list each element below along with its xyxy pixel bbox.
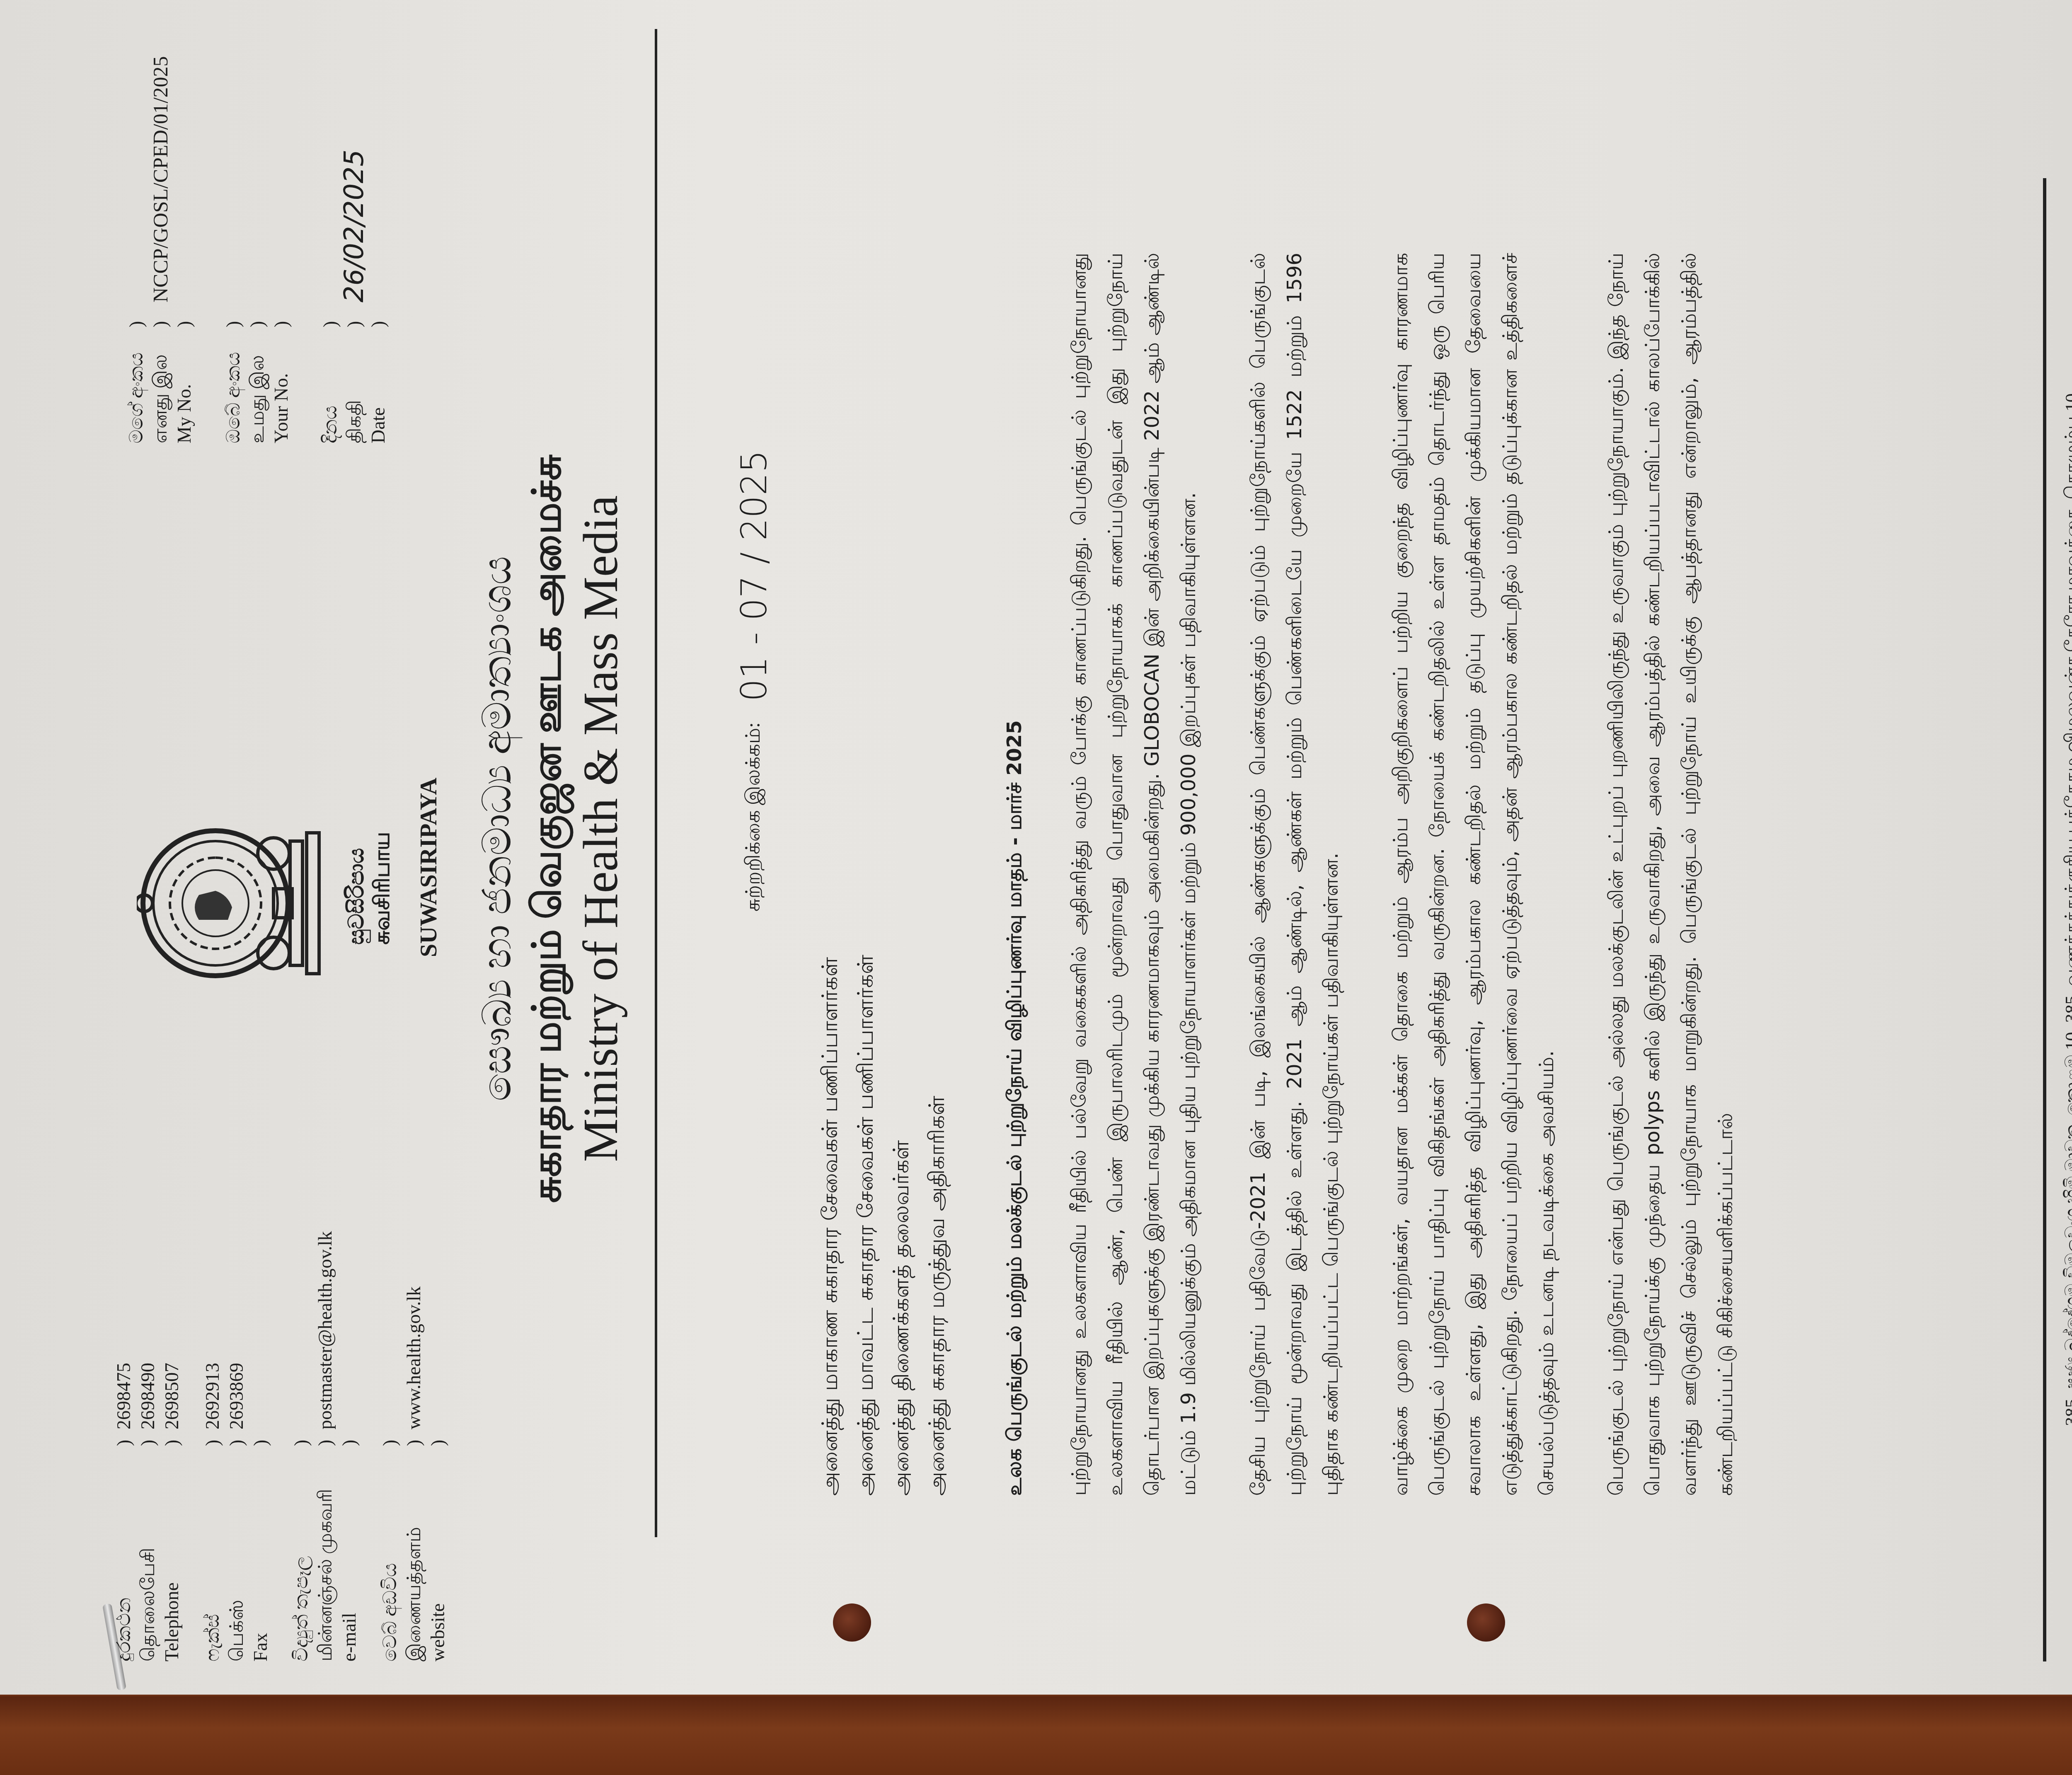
ministry-name-english: Ministry of Health & Mass Media [572,435,630,1222]
body-paragraph: வாழ்க்கை முறை மாற்றங்கள், வயதான மக்கள் த… [1382,253,1565,1496]
official-letter: දුරකථන)2698475தொலைபேசி)2698490Telephone)… [0,21,2072,1678]
reference-label: ඔබේ අංකය [221,327,245,443]
contact-label: பெக்ஸ் [225,1446,249,1661]
reference-label: මගේ අංකය [124,327,148,443]
contact-label: දුරකථන [112,1446,136,1661]
reference-value: NCCP/GOSL/CPED/01/2025 [148,56,172,302]
contact-row: Fax) [249,1231,273,1661]
contact-label: Fax [249,1446,273,1661]
bracket-separator: ) [160,1429,184,1446]
contact-value[interactable]: www.health.gov.lk [402,1287,426,1429]
bracket-separator: ) [201,1429,225,1446]
bracket-separator: ) [225,1429,249,1446]
emblem-caption: සුවසිරිපාය சுவசிரிபாய [344,832,395,945]
contact-value: 2698490 [136,1363,160,1429]
address-footer: 385, පූජ්‍ය බද්දේගම විමලවංශ හිමි මාවත, ක… [2060,162,2072,1653]
letter-subject: உலக பெருங்குடல் மற்றும் மலக்குடல் புற்று… [1003,720,1029,1496]
contact-row: විද්‍යුත් තැපෑල) [289,1231,313,1661]
contact-value: 2698475 [112,1363,136,1429]
bracket-separator: ) [378,1429,402,1446]
ministry-name: සෞඛ්‍ය හා ජනමාධ්‍ය අමාත්‍යාංශය சுகாதார ம… [472,435,630,1222]
reference-row: මගේ අංකය) [124,56,148,443]
bracket-separator: ) [337,1429,361,1446]
contact-group: විද්‍යුත් තැපෑල)மின்னஞ்சல் முகவரி)postma… [289,1231,361,1661]
reference-label: දිනය [318,327,342,443]
addressee: அனைத்து மாகாண சுகாதார சேவைகள் பணிப்பாளர்… [812,955,848,1496]
body-paragraph: புற்றுநோயானது உலகளாவிய ரீதியில் பல்வேறு … [1061,253,1207,1496]
contact-row: website) [426,1231,450,1661]
reference-row: உமது இல) [245,56,269,443]
reference-group: ඔබේ අංකය)உமது இல)Your No.) [221,56,293,443]
bracket-separator: ) [426,1429,450,1446]
bracket-separator: ) [366,302,390,327]
bracket-separator: ) [342,302,366,327]
contact-details: දුරකථන)2698475தொலைபேசி)2698490Telephone)… [112,1231,467,1661]
contact-label: மின்னஞ்சல் முகவரி [313,1446,337,1661]
circular-number-label: சுற்றறிக்கை இலக்கம்: [742,722,767,912]
bracket-separator: ) [221,302,245,327]
bracket-separator: ) [289,1429,313,1446]
body-paragraph: பெருங்குடல் புற்றுநோய் என்பது பெருங்குடல… [1598,253,1744,1496]
reference-label: Your No. [269,327,293,443]
reference-label: திகதி [342,327,366,443]
reference-row: எனது இல)NCCP/GOSL/CPED/01/2025 [148,56,172,443]
addressee: அனைத்து திணைக்களத் தலைவர்கள் [884,955,919,1496]
contact-label: இணையத்தளம் [402,1446,426,1661]
bracket-separator: ) [402,1429,426,1446]
contact-group: වෙබ් අඩවිය)இணையத்தளம்)www.health.gov.lkw… [378,1231,450,1661]
contact-label: ෆැක්ස් [201,1446,225,1661]
bracket-separator: ) [269,302,293,327]
emblem-caption-sinhala: සුවසිරිපාය [344,832,370,945]
reference-row: Your No.) [269,56,293,443]
contact-row: e-mail) [337,1231,361,1661]
bracket-separator: ) [148,302,172,327]
bracket-separator: ) [136,1429,160,1446]
bracket-separator: ) [112,1429,136,1446]
contact-value[interactable]: postmaster@health.gov.lk [313,1231,337,1429]
bracket-separator: ) [245,302,269,327]
body-paragraph: தேசிய புற்றுநோய் பதிவேடு-2021 இன் படி, இ… [1240,253,1349,1496]
bracket-separator: ) [172,302,196,327]
bracket-separator: ) [318,302,342,327]
circular-number-value: 01 - 07 / 2025 [733,450,775,701]
contact-row: වෙබ් අඩවිය) [378,1231,402,1661]
contact-row: மின்னஞ்சல் முகவரி)postmaster@health.gov.… [313,1231,337,1661]
contact-row: பெக்ஸ்)2693869 [225,1231,249,1661]
bracket-separator: ) [313,1429,337,1446]
contact-label: தொலைபேசி [136,1446,160,1661]
contact-label: website [426,1446,450,1661]
contact-value: 2698507 [160,1363,184,1429]
addressee: அனைத்து மாவட்ட சுகாதார சேவைகள் பணிப்பாளர… [848,955,884,1496]
reference-row: திகதி)26/02/2025 [342,56,366,443]
contact-row: இணையத்தளம்)www.health.gov.lk [402,1231,426,1661]
contact-row: தொலைபேசி)2698490 [136,1231,160,1661]
contact-label: වෙබ් අඩවිය [378,1446,402,1661]
ministry-name-sinhala: සෞඛ්‍ය හා ජනමාධ්‍ය අමාත්‍යාංශය [472,435,522,1222]
wooden-table-background [0,1696,2072,1775]
contact-value: 2692913 [201,1363,225,1429]
date-value: 26/02/2025 [342,150,366,302]
reference-group: මගේ අංකය)எனது இல)NCCP/GOSL/CPED/01/2025M… [124,56,196,443]
emblem-caption-tamil: சுவசிரிபாய [370,832,395,945]
circular-number: சுற்றறிக்கை இலக்கம்: 01 - 07 / 2025 [733,450,775,912]
reference-row: My No.) [172,56,196,443]
bracket-separator: ) [249,1429,273,1446]
contact-label: Telephone [160,1446,184,1661]
reference-group: දිනය)திகதி)26/02/2025Date) [318,56,390,443]
contact-group: දුරකථන)2698475தொலைபேசி)2698490Telephone)… [112,1231,184,1661]
reference-row: ඔබේ අංකය) [221,56,245,443]
reference-label: எனது இல [148,327,172,443]
reference-details: මගේ අංකය)எனது இல)NCCP/GOSL/CPED/01/2025M… [124,56,415,443]
contact-label: විද්‍යුත් තැපෑල [289,1446,313,1661]
addressee: அனைத்து சுகாதார மருத்துவ அதிகாரிகள் [919,955,955,1496]
footer-divider [2043,178,2046,1661]
header-divider [655,29,657,1537]
bracket-separator: ) [124,302,148,327]
contact-label: e-mail [337,1446,361,1661]
letter-body: புற்றுநோயானது உலகளாவிய ரீதியில் பல்வேறு … [1061,253,1777,1496]
contact-row: දුරකථන)2698475 [112,1231,136,1661]
contact-value: 2693869 [225,1363,249,1429]
reference-label: உமது இல [245,327,269,443]
ministry-name-tamil: சுகாதார மற்றும் வெகுஜன ஊடக அமைச்சு [522,435,572,1222]
contact-row: ෆැක්ස්)2692913 [201,1231,225,1661]
brand-name: SUWASIRIPAYA [414,778,442,957]
contact-group: ෆැක්ස්)2692913பெக்ஸ்)2693869Fax) [201,1231,273,1661]
contact-row: Telephone)2698507 [160,1231,184,1661]
reference-label: Date [366,327,390,443]
reference-row: Date) [366,56,390,443]
addressee-list: அனைத்து மாகாண சுகாதார சேவைகள் பணிப்பாளர்… [812,955,955,1496]
reference-label: My No. [172,327,196,443]
footer-address-si-ta: 385, පූජ්‍ය බද්දේගම විමලවංශ හිමි මාවත, ක… [2060,162,2072,1653]
sri-lanka-emblem-icon [137,816,336,990]
